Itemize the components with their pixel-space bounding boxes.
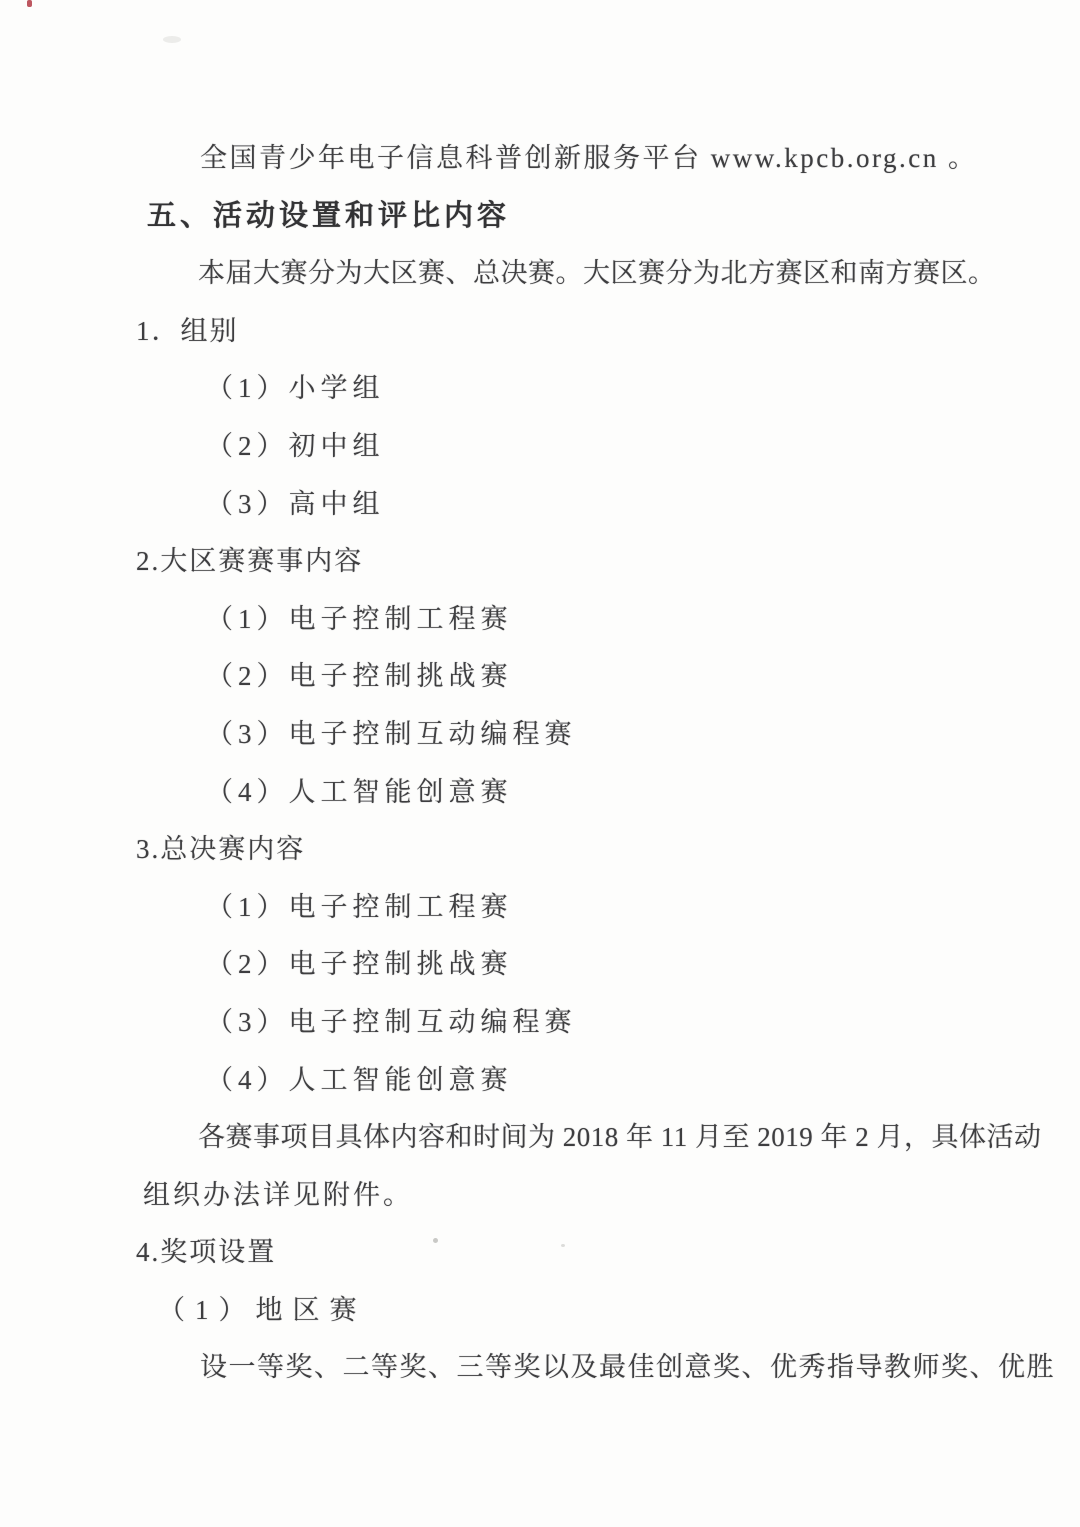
- item-4-awards: 4.奖项设置: [136, 1224, 1080, 1282]
- schedule-paragraph-line-1: 各赛事项目具体内容和时间为 2018 年 11 月至 2019 年 2 月，具体…: [198, 1109, 1080, 1167]
- item-2-regional-events: 2.大区赛赛事内容: [136, 533, 1080, 591]
- award-item-regional: （1）地区赛: [158, 1282, 1080, 1340]
- group-item-primary: （1）小学组: [206, 360, 1080, 418]
- finals-event-challenge: （2）电子控制挑战赛: [206, 936, 1080, 994]
- awards-paragraph-line-1: 设一等奖、二等奖、三等奖以及最佳创意奖、优秀指导教师奖、优胜: [200, 1339, 1080, 1397]
- scanned-document-page: { "page": { "kind": "scanned official no…: [0, 0, 1080, 1527]
- group-item-senior: （3）高中组: [206, 476, 1080, 534]
- finals-event-programming: （3）电子控制互动编程赛: [206, 994, 1080, 1052]
- schedule-paragraph-line-2: 组织办法详见附件。: [143, 1167, 1080, 1225]
- item-3-finals-events: 3.总决赛内容: [136, 821, 1080, 879]
- finals-event-engineering: （1）电子控制工程赛: [206, 879, 1080, 937]
- regional-event-engineering: （1）电子控制工程赛: [206, 591, 1080, 649]
- item-1-groups: 1．组别: [136, 303, 1080, 361]
- regional-event-programming: （3）电子控制互动编程赛: [206, 706, 1080, 764]
- finals-event-ai: （4）人工智能创意赛: [206, 1052, 1080, 1110]
- regional-event-ai: （4）人工智能创意赛: [206, 764, 1080, 822]
- intro-paragraph: 本届大赛分为大区赛、总决赛。大区赛分为北方赛区和南方赛区。: [198, 245, 1080, 303]
- section-heading-5: 五、活动设置和评比内容: [147, 188, 1080, 246]
- document-body: 全国青少年电子信息科普创新服务平台 www.kpcb.org.cn 。 五、活动…: [0, 0, 1080, 1527]
- group-item-junior: （2）初中组: [206, 418, 1080, 476]
- platform-url-line: 全国青少年电子信息科普创新服务平台 www.kpcb.org.cn 。: [200, 130, 1080, 188]
- regional-event-challenge: （2）电子控制挑战赛: [206, 648, 1080, 706]
